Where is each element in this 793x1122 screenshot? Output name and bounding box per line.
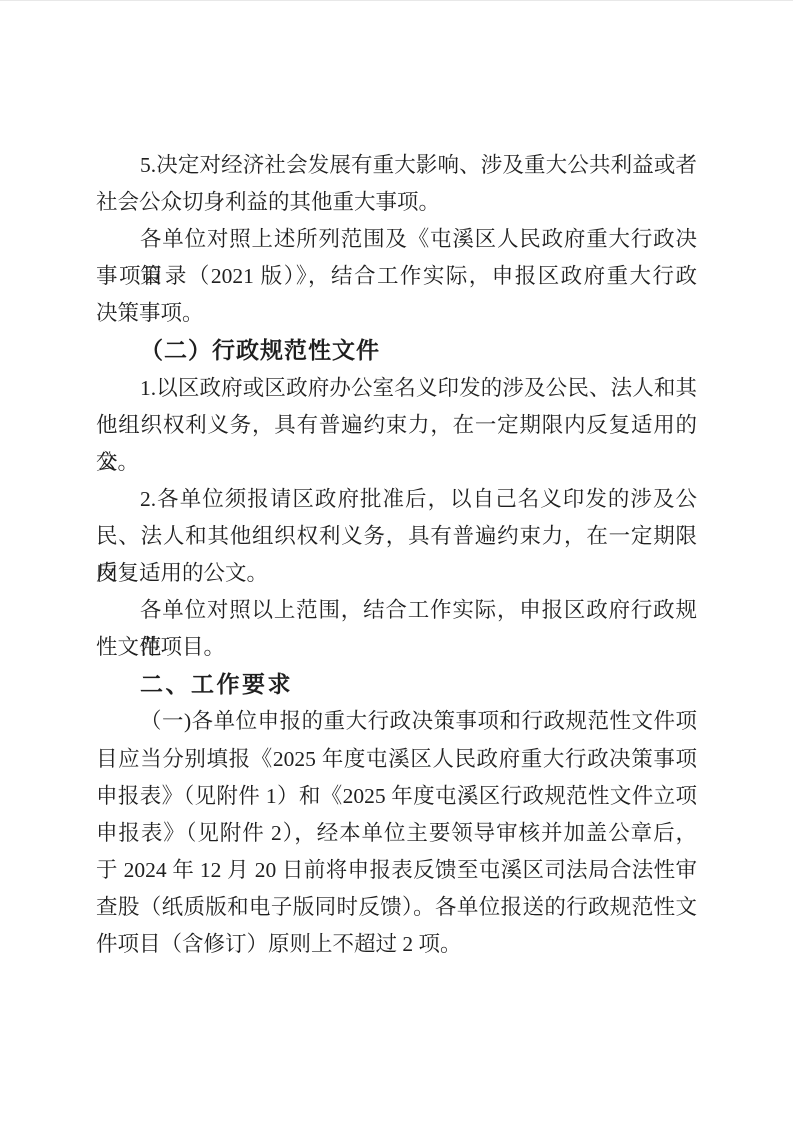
body-text-line: 反复适用的公文。 [96,555,697,592]
section-heading: 二、工作要求 [96,666,697,703]
body-text-line: 1.以区政府或区政府办公室名义印发的涉及公民、法人和其 [96,370,697,407]
body-text-line: 申报表》（见附件 2），经本单位主要领导审核并加盖公章后， [96,815,697,852]
body-text-line: 申报表》（见附件 1）和《2025 年度屯溪区行政规范性文件立项 [96,778,697,815]
body-text-line: 决策事项。 [96,295,697,332]
body-text-line: 5.决定对经济社会发展有重大影响、涉及重大公共利益或者 [96,147,697,184]
body-text-line: 性文件项目。 [96,629,697,666]
document-text-block: 5.决定对经济社会发展有重大影响、涉及重大公共利益或者社会公众切身利益的其他重大… [96,147,697,963]
body-text-line: 各单位对照上述所列范围及《屯溪区人民政府重大行政决策 [96,221,697,258]
body-text-line: 各单位对照以上范围，结合工作实际，申报区政府行政规范 [96,592,697,629]
body-text-line: 件项目（含修订）原则上不超过 2 项。 [96,926,697,963]
body-text-line: 于 2024 年 12 月 20 日前将申报表反馈至屯溪区司法局合法性审 [96,852,697,889]
body-text-line: 2.各单位须报请区政府批准后，以自己名义印发的涉及公 [96,481,697,518]
body-text-line: 他组织权利义务，具有普遍约束力，在一定期限内反复适用的公 [96,407,697,444]
body-text-line: 查股（纸质版和电子版同时反馈）。各单位报送的行政规范性文 [96,889,697,926]
subsection-heading: （二）行政规范性文件 [96,332,697,369]
document-page: 5.决定对经济社会发展有重大影响、涉及重大公共利益或者社会公众切身利益的其他重大… [0,0,793,1122]
body-text-line: 文。 [96,444,697,481]
body-text-line: 目应当分别填报《2025 年度屯溪区人民政府重大行政决策事项 [96,741,697,778]
body-text-line: （一)各单位申报的重大行政决策事项和行政规范性文件项 [96,703,697,740]
body-text-line: 事项目录（2021 版）》，结合工作实际，申报区政府重大行政 [96,258,697,295]
body-text-line: 社会公众切身利益的其他重大事项。 [96,184,697,221]
body-text-line: 民、法人和其他组织权利义务，具有普遍约束力，在一定期限内 [96,518,697,555]
